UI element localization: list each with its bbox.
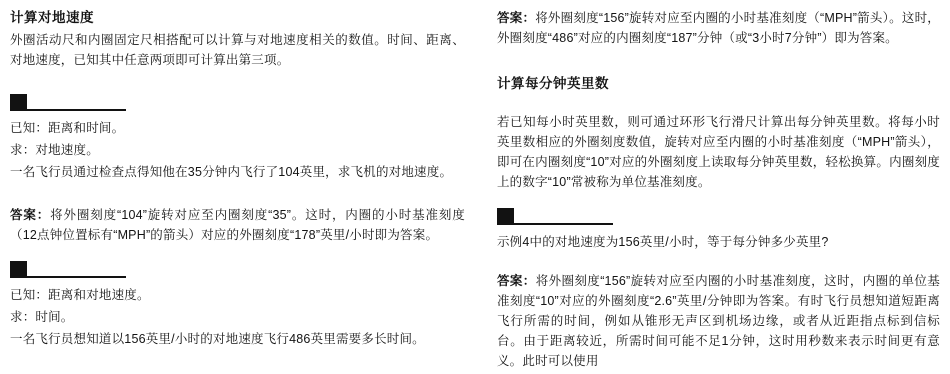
- answer-text: 将外圈刻度“104”旋转对应至内圈刻度“35”。这时，内圈的小时基准刻度（12点…: [10, 208, 465, 242]
- answer-text: 将外圈刻度“156”旋转对应至内圈的小时基准刻度，这时，内圈的单位基准刻度“10…: [497, 274, 940, 368]
- document-page: 计算对地速度 外圈活动尺和内圈固定尺相搭配可以计算与对地速度相关的数值。时间、距…: [0, 0, 950, 371]
- answer-label: 答案：: [497, 11, 535, 25]
- example-marker: [497, 208, 613, 225]
- example-answer-paragraph: 答案：将外圈刻度“104”旋转对应至内圈刻度“35”。这时，内圈的小时基准刻度（…: [10, 205, 465, 245]
- example-find-line: 求：对地速度。: [10, 139, 465, 161]
- section-heading-groundspeed: 计算对地速度: [10, 10, 465, 26]
- example-problem-line: 一名飞行员想知道以156英里/小时的对地速度飞行486英里需要多长时间。: [10, 328, 465, 350]
- left-column: 计算对地速度 外圈活动尺和内圈固定尺相搭配可以计算与对地速度相关的数值。时间、距…: [10, 8, 465, 371]
- right-column: 答案：将外圈刻度“156”旋转对应至内圈的小时基准刻度（“MPH”箭头）。这时，…: [497, 8, 940, 371]
- answer-label: 答案：: [10, 208, 50, 222]
- section-intro-groundspeed: 外圈活动尺和内圈固定尺相搭配可以计算与对地速度相关的数值。时间、距离、对地速度，…: [10, 30, 465, 70]
- section-heading-miles-per-minute: 计算每分钟英里数: [497, 76, 940, 92]
- example-given-line: 已知：距离和时间。: [10, 117, 465, 139]
- example-find-line: 求：时间。: [10, 306, 465, 328]
- example-answer-paragraph: 答案：将外圈刻度“156”旋转对应至内圈的小时基准刻度，这时，内圈的单位基准刻度…: [497, 271, 940, 371]
- answer-text: 将外圈刻度“156”旋转对应至内圈的小时基准刻度（“MPH”箭头）。这时，外圈刻…: [497, 11, 940, 45]
- example-given-line: 已知：距离和对地速度。: [10, 284, 465, 306]
- example-marker: [10, 261, 126, 278]
- example-marker: [10, 94, 126, 111]
- redacted-block-icon: [10, 261, 27, 276]
- redacted-block-icon: [10, 94, 27, 109]
- redacted-block-icon: [497, 208, 514, 223]
- example-problem-line: 示例4中的对地速度为156英里/小时，等于每分钟多少英里?: [497, 231, 940, 253]
- section-intro-miles-per-minute: 若已知每小时英里数，则可通过环形飞行滑尺计算出每分钟英里数。将每小时英里数相应的…: [497, 112, 940, 192]
- answer-label: 答案：: [497, 274, 536, 288]
- example-problem-line: 一名飞行员通过检查点得知他在35分钟内飞行了104英里，求飞机的对地速度。: [10, 161, 465, 183]
- example-answer-paragraph: 答案：将外圈刻度“156”旋转对应至内圈的小时基准刻度（“MPH”箭头）。这时，…: [497, 8, 940, 48]
